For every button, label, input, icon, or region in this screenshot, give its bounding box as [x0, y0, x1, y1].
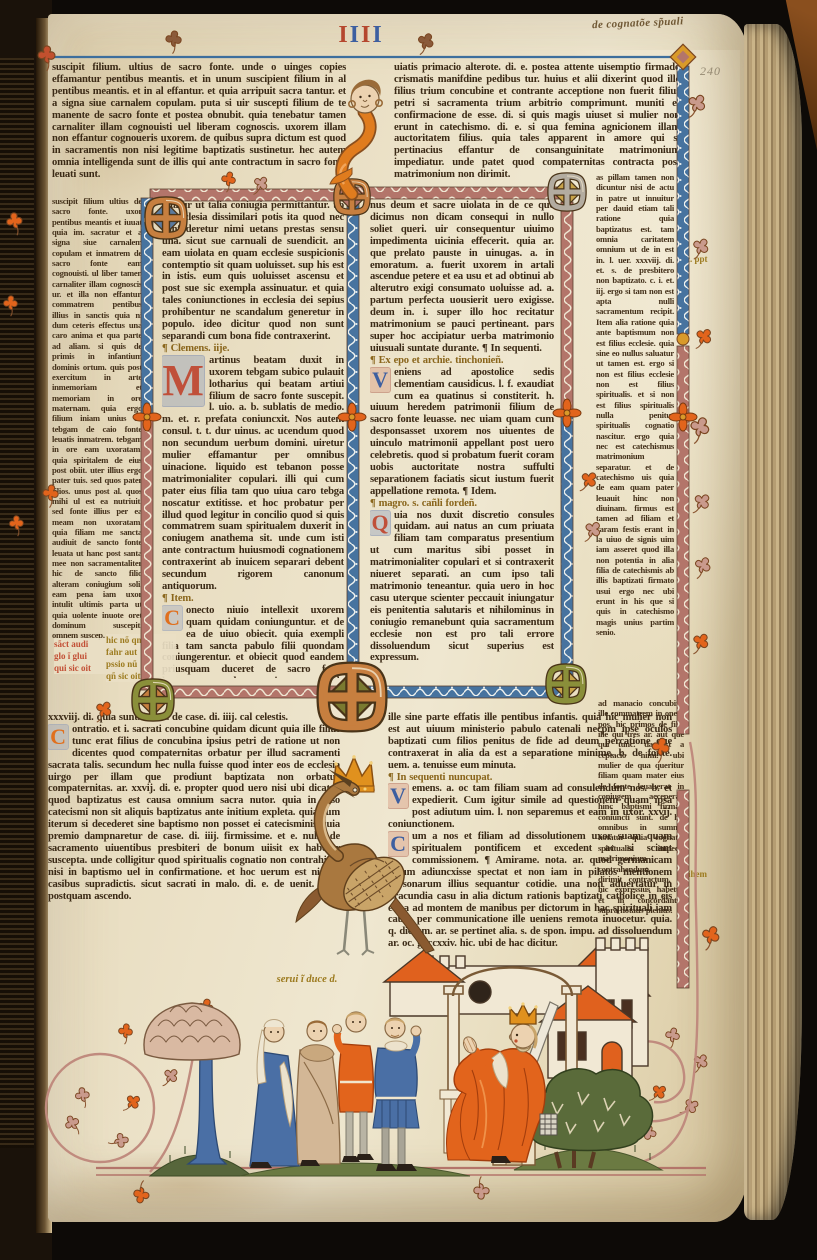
main-left-column: fetatur ut talia coniugia permittantur. … — [162, 200, 344, 678]
facing-page-text-edge — [0, 58, 34, 1148]
lower-left-column: xxxviij. di. quia sunt. b. cal. de case.… — [48, 712, 340, 970]
paragraph: Contratio. et i. sacrati concubine quida… — [48, 724, 340, 903]
paragraph: Cum a nos et filiam ad dissolutionem uxo… — [388, 831, 672, 950]
manuscript-photo: de cognatõe sp̃uali 240 IIII suscipit fi… — [0, 0, 817, 1260]
paragraph-text: uia nos duxit discretio consules quidam.… — [370, 510, 554, 664]
right-marginal-note: ihem — [688, 868, 707, 880]
rubric-line: ¶ magro. s. cañli fordeñ. — [370, 498, 554, 510]
paragraph-text: eniens ad apostolice sedis clementiam ca… — [370, 367, 554, 497]
ochre-marginal-note: hic nõ qnr fahr aut pssio nũ qñ sic oit — [106, 634, 176, 682]
paragraph: ille sine parte effatis ille pentibus in… — [388, 712, 672, 772]
upper-right-text-block: uiatis primacio alterote. di. e. postea … — [394, 62, 680, 190]
paragraph: Veniens ad apostolice sedis clementiam c… — [370, 367, 554, 498]
folio-number: 240 — [700, 64, 721, 79]
paragraph-text: um a nos et filiam ad dissolutionem uxor… — [388, 831, 672, 949]
book-numeral: IIII — [336, 22, 386, 49]
miniature-caption: serui ĩ duce d. — [248, 974, 366, 986]
paragraph: xxxviij. di. quia sunt. b. cal. de case.… — [48, 712, 340, 724]
paragraph: Quia nos duxit discretio consules quidam… — [370, 510, 554, 665]
paragraph: fetatur ut talia coniugia permittantur. … — [162, 200, 344, 343]
right-gloss-column: as pillam tamen non dicuntur nisi de act… — [596, 172, 674, 686]
illuminated-initial-C: C — [388, 832, 408, 856]
paragraph: Vemens. a. oc tam filiam suam ad consule… — [388, 783, 672, 831]
paragraph: nus deum et sacre uiolata in de ce que d… — [370, 200, 554, 355]
fore-edge-pages — [744, 24, 802, 1220]
paragraph-text: ontratio. et i. sacrati concubine quidam… — [48, 724, 340, 902]
book-gutter — [0, 0, 52, 1260]
illuminated-initial-V: V — [370, 368, 390, 392]
right-marginal-note: c. ppt — [686, 253, 708, 265]
rubric-line: ¶ Item. — [162, 593, 344, 605]
illuminated-initial-C: C — [162, 606, 182, 630]
illuminated-initial-M: M — [162, 356, 204, 406]
lower-right-column: ille sine parte effatis ille pentibus in… — [388, 712, 672, 956]
rubric-line: ¶ Clemens. iije. — [162, 343, 344, 355]
main-right-column: nus deum et sacre uiolata in de ce que d… — [370, 200, 554, 678]
upper-left-text-block: suscipit filium. ultius de sacro fonte. … — [52, 62, 346, 190]
paragraph-text: onecto niuio intellexit uxorem quam quid… — [162, 605, 344, 678]
paragraph-text: emens. a. oc tam filiam suam ad consulen… — [388, 783, 672, 830]
illuminated-initial-Q: Q — [370, 511, 390, 535]
illuminated-initial-V: V — [388, 784, 408, 808]
rubric-line: ¶ In sequenti nuncupat. — [388, 772, 672, 784]
paragraph: Conecto niuio intellexit uxorem quam qui… — [162, 605, 344, 678]
red-marginal-note: sãct audi glo ĩ glui qui sic oit — [54, 638, 106, 674]
rubric-line: ¶ Ex epo et archie. tinchonieñ. — [370, 355, 554, 367]
illuminated-initial-C: C — [48, 725, 68, 749]
paragraph: Martinus beatam duxit in uxorem tebgam s… — [162, 355, 344, 593]
left-gloss-column: suscipit filium ultius de sacro fonte. u… — [52, 196, 142, 690]
